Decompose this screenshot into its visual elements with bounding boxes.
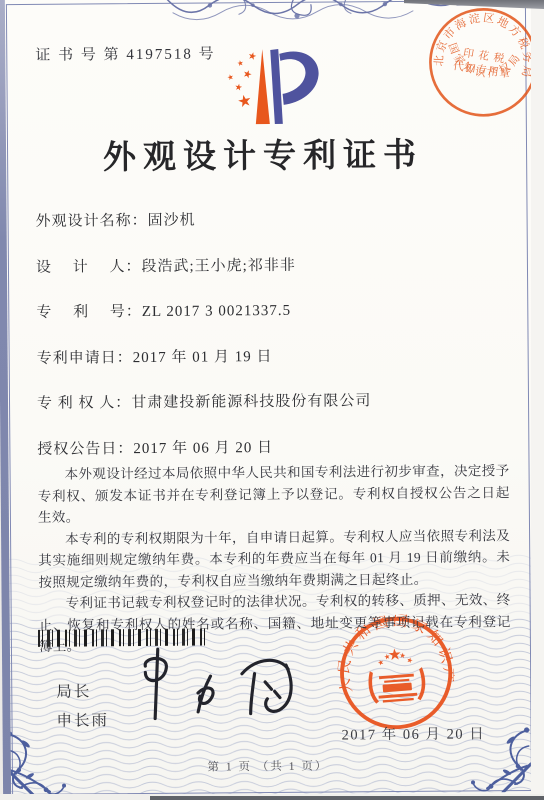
field-label: 设 计 人： (36, 259, 142, 276)
paragraph-grant: 本外观设计经过本局依照中华人民共和国专利法进行初步审查，决定授予专利权、颁发本证… (38, 460, 510, 528)
field-design-name: 外观设计名称：固沙机 (36, 209, 196, 231)
director-block: 局长 申长雨 (56, 677, 109, 735)
field-label: 外观设计名称： (36, 213, 148, 230)
field-label: 专 利 权 人： (37, 395, 131, 412)
director-name: 申长雨 (56, 706, 109, 735)
certificate-number: 证 书 号 第 4197518 号 (35, 42, 215, 64)
field-label: 授权公告日： (37, 441, 133, 458)
director-title: 局长 (56, 677, 109, 706)
issue-date: 2017 年 06 月 20 日 (342, 722, 486, 744)
field-value: 固沙机 (148, 213, 196, 229)
field-designers: 设 计 人：段浩武;王小虎;祁非非 (36, 254, 296, 277)
field-value: 段浩武;王小虎;祁非非 (141, 258, 295, 275)
patent-office-logo-icon (219, 48, 330, 127)
tax-stamp-seal: 北京市海淀区地方税务局 国家知识产权局 印 花 税 代扣专用章 (420, 0, 544, 126)
field-value: ZL 2017 3 0021337.5 (142, 303, 291, 320)
certificate-page: 证 书 号 第 4197518 号 外观设计专利证书 北京市海淀区地方税务局 (0, 0, 544, 800)
field-patent-number: 专 利 号：ZL 2017 3 0021337.5 (36, 299, 291, 322)
photo-bottom-shadow (150, 796, 544, 800)
paragraph-term-fees: 本专利的专利权期限为十年，自申请日起算。专利权人应当依照专利法及其实施细则规定缴… (38, 525, 510, 593)
field-grant-date: 授权公告日：2017 年 06 月 20 日 (37, 436, 273, 459)
legal-text: 本外观设计经过本局依照中华人民共和国专利法进行初步审查，决定授予专利权、颁发本证… (38, 460, 512, 657)
field-label: 专利申请日： (37, 350, 133, 367)
field-patentee: 专 利 权 人：甘肃建投新能源科技股份有限公司 (37, 389, 371, 413)
field-filing-date: 专利申请日：2017 年 01 月 19 日 (37, 345, 273, 368)
signature-icon (120, 642, 331, 728)
field-value: 甘肃建投新能源科技股份有限公司 (131, 393, 371, 411)
field-value: 2017 年 01 月 19 日 (133, 349, 273, 366)
national-emblem-icon (366, 646, 427, 704)
field-value: 2017 年 06 月 20 日 (133, 440, 273, 457)
certificate-title: 外观设计专利证书 (0, 128, 528, 179)
field-label: 专 利 号： (36, 304, 142, 321)
photo-right-margin (531, 0, 544, 800)
